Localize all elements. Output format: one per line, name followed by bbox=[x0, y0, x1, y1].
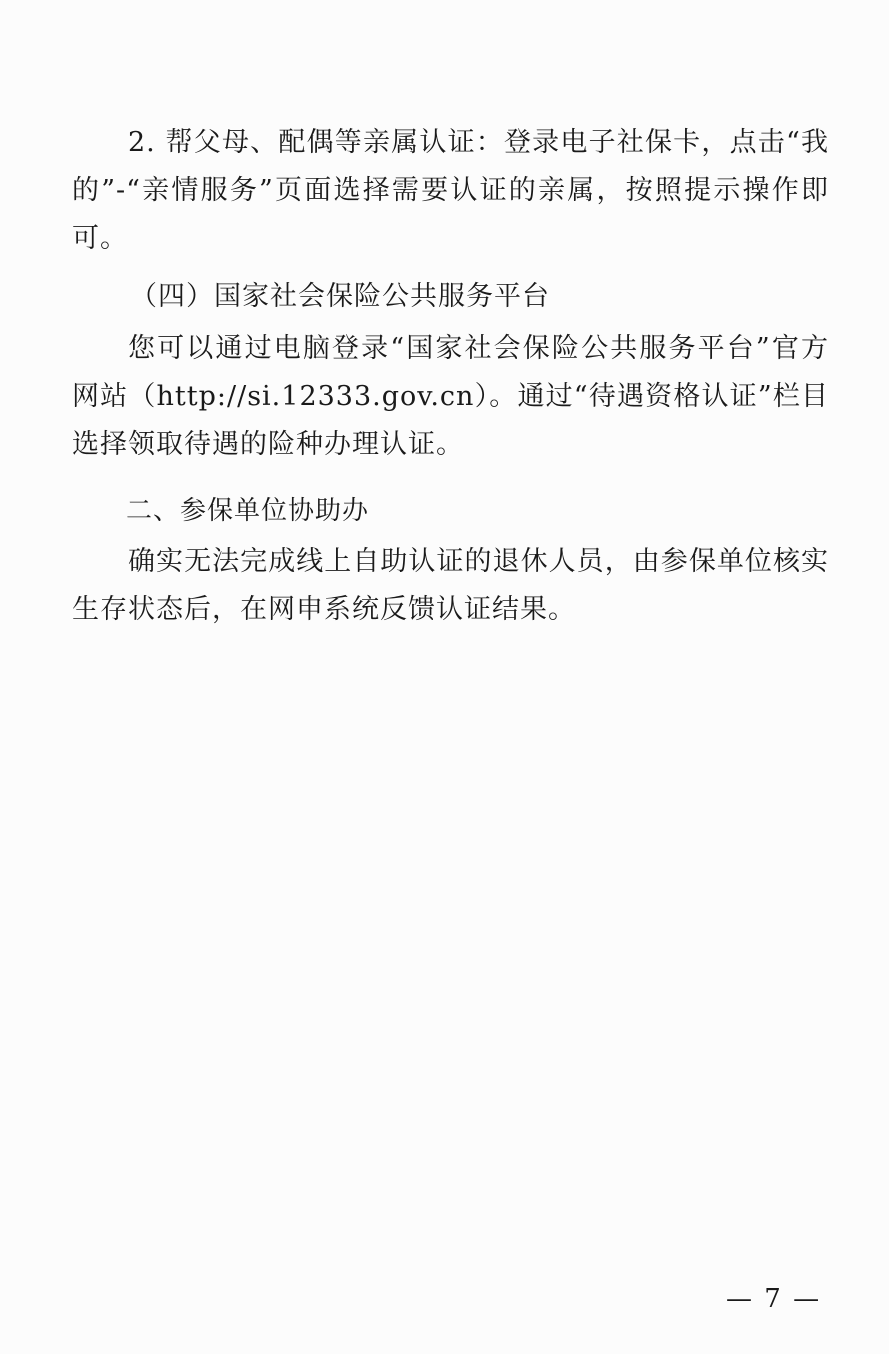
paragraph-relatives-authentication: 2. 帮父母、配偶等亲属认证：登录电子社保卡，点击“我的”-“亲情服务”页面选择… bbox=[72, 119, 829, 263]
section-heading-national-platform: （四）国家社会保险公共服务平台 bbox=[130, 273, 550, 321]
paragraph-employer-assist: 确实无法完成线上自助认证的退休人员，由参保单位核实生存状态后，在网申系统反馈认证… bbox=[72, 538, 829, 634]
document-page: 2. 帮父母、配偶等亲属认证：登录电子社保卡，点击“我的”-“亲情服务”页面选择… bbox=[0, 0, 889, 1354]
page-number: — 7 — bbox=[726, 1284, 821, 1314]
paragraph-national-platform: 您可以通过电脑登录“国家社会保险公共服务平台”官方网站（http://si.12… bbox=[72, 325, 829, 469]
section-heading-employer-assist: 二、参保单位协助办 bbox=[126, 487, 369, 535]
